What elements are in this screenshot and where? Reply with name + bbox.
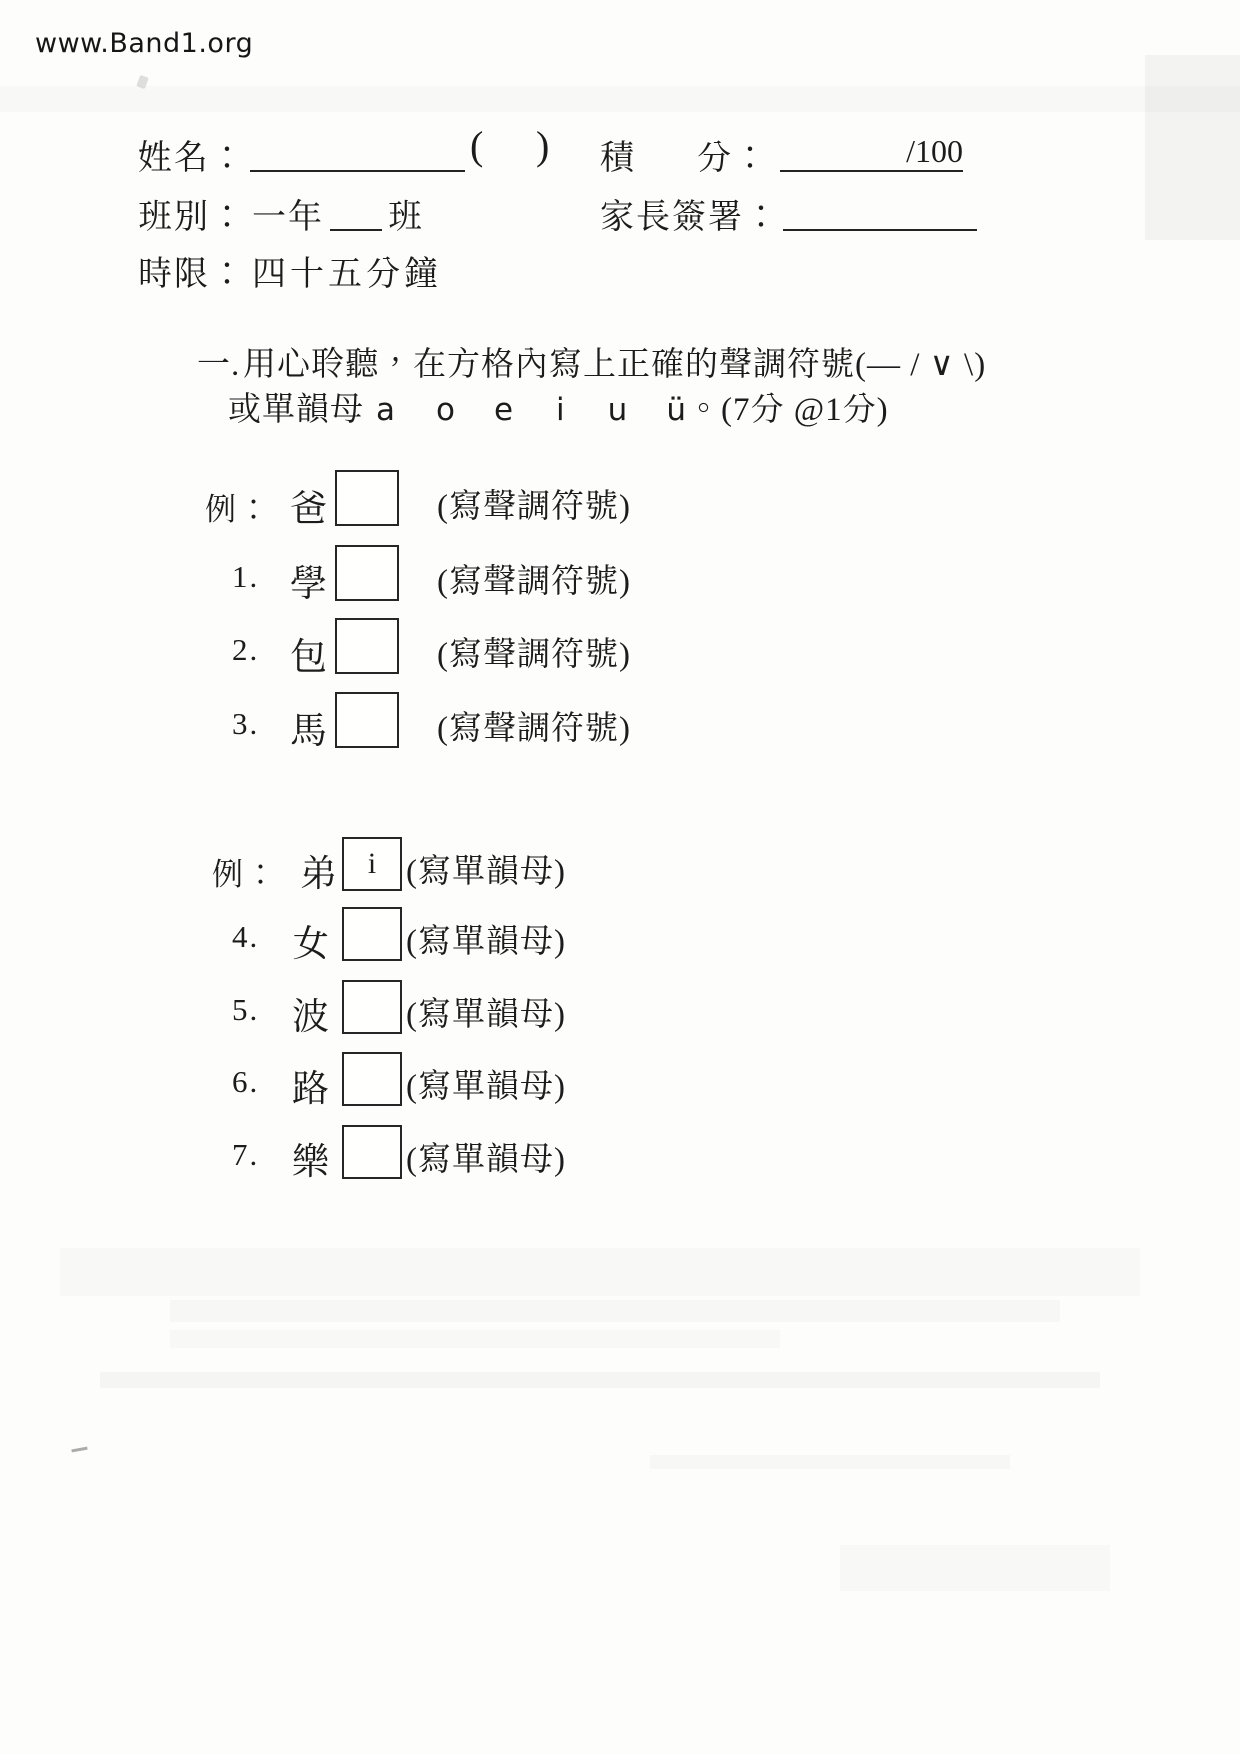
vowel-e: e [494, 392, 514, 428]
question-character: 女 [292, 913, 329, 967]
score-label-2: 分： [697, 130, 769, 179]
line2-prefix: 或單韻母 [228, 392, 364, 428]
row-number: 2. [232, 632, 259, 668]
vowel-i: i [556, 392, 566, 428]
vowel-u-umlaut: ü [666, 392, 687, 428]
name-blank[interactable] [250, 130, 465, 172]
answer-box[interactable] [335, 470, 399, 526]
class-prefix: 一年 [252, 189, 324, 238]
vowel-a: a [376, 392, 396, 428]
scan-artifact [1145, 55, 1240, 240]
scan-artifact [650, 1455, 1010, 1469]
vowel-example-row: 例： 弟 i (寫單韻母) [0, 837, 1240, 899]
answer-box[interactable] [335, 692, 399, 748]
answer-box[interactable] [342, 1125, 402, 1179]
question-character: 包 [290, 626, 327, 680]
row-label: (寫單韻母) [406, 845, 566, 892]
answer-box[interactable]: i [342, 837, 402, 891]
score-label-1: 積 [600, 130, 636, 179]
time-label: 時限： [138, 246, 246, 295]
scan-artifact [840, 1545, 1110, 1591]
signature-blank[interactable] [783, 189, 977, 231]
section1-instruction-line1: 用心聆聽，在方格內寫上正確的聲調符號(— / ∨ \) [243, 338, 986, 385]
class-label: 班別： [138, 189, 246, 238]
row-label: (寫聲調符號) [437, 480, 631, 527]
class-suffix: 班 [388, 189, 424, 238]
answer-box[interactable] [335, 618, 399, 674]
scan-speck [136, 75, 149, 89]
row-number: 3. [232, 706, 259, 742]
question-character: 學 [290, 553, 327, 607]
row-label: (寫聲調符號) [437, 555, 631, 602]
row-label: (寫聲調符號) [437, 628, 631, 675]
answer-box[interactable] [342, 907, 402, 961]
question-row-1: 1. 學 (寫聲調符號) [0, 545, 1240, 607]
vowel-u: u [608, 392, 629, 428]
question-row-6: 6. 路 (寫單韻母) [0, 1052, 1240, 1114]
watermark: www.Band1.org [35, 28, 253, 59]
question-row-7: 7. 樂 (寫單韻母) [0, 1125, 1240, 1187]
answer-box[interactable] [335, 545, 399, 601]
answer-box[interactable] [342, 980, 402, 1034]
row-number: 1. [232, 559, 259, 595]
question-character: 爸 [290, 478, 327, 532]
name-label: 姓名： [138, 130, 246, 179]
scan-artifact [170, 1330, 780, 1348]
pencil-mark [71, 1447, 88, 1459]
section1-instruction-line2: 或單韻母aoeiuü。(7分 @1分) [228, 383, 889, 430]
row-label: (寫聲調符號) [437, 702, 631, 749]
score-blank[interactable]: /100 [780, 130, 963, 172]
question-character: 波 [292, 986, 329, 1040]
question-row-3: 3. 馬 (寫聲調符號) [0, 692, 1240, 754]
row-number: 例： [205, 484, 271, 529]
answer-box[interactable] [342, 1052, 402, 1106]
scan-artifact [60, 1248, 1140, 1296]
row-number: 7. [232, 1137, 259, 1173]
question-character: 馬 [290, 700, 327, 754]
vowel-o: o [436, 392, 456, 428]
row-number: 6. [232, 1064, 259, 1100]
tone-example-row: 例： 爸 (寫聲調符號) [0, 470, 1240, 532]
name-paren-close: ) [536, 122, 549, 169]
class-blank[interactable] [330, 189, 382, 231]
row-number: 例： [212, 849, 278, 894]
scanned-test-paper: www.Band1.org 姓名： ( ) 積 分： /100 班別： 一年 班… [0, 0, 1240, 1754]
question-row-2: 2. 包 (寫聲調符號) [0, 618, 1240, 680]
row-label: (寫單韻母) [406, 988, 566, 1035]
row-number: 4. [232, 919, 259, 955]
scan-artifact [100, 1372, 1100, 1388]
question-row-4: 4. 女 (寫單韻母) [0, 907, 1240, 969]
scan-artifact [170, 1300, 1060, 1322]
name-paren-open: ( [470, 122, 483, 169]
scan-artifact [0, 86, 1240, 112]
time-value: 四十五分鐘 [252, 246, 442, 295]
question-character: 樂 [292, 1131, 329, 1185]
row-label: (寫單韻母) [406, 915, 566, 962]
signature-label: 家長簽署： [600, 189, 780, 238]
score-total: /100 [906, 133, 963, 170]
row-number: 5. [232, 992, 259, 1028]
line2-suffix: 。(7分 @1分) [687, 392, 889, 428]
question-character: 弟 [300, 843, 337, 897]
question-character: 路 [292, 1058, 329, 1112]
section1-number: 一. [197, 338, 240, 385]
row-label: (寫單韻母) [406, 1133, 566, 1180]
row-label: (寫單韻母) [406, 1060, 566, 1107]
question-row-5: 5. 波 (寫單韻母) [0, 980, 1240, 1042]
